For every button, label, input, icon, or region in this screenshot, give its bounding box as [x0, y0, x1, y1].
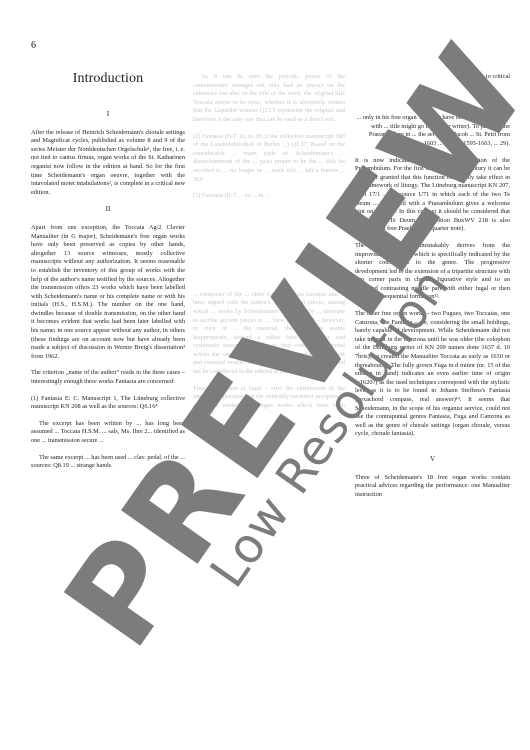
- paragraph: (1) Fantasia E: C. Manuscript 1, The Lün…: [31, 395, 185, 412]
- paragraph: The same excerpt ... has been used ... c…: [31, 454, 185, 471]
- page-title: Introduction: [31, 70, 185, 88]
- section-number-2: II: [31, 205, 185, 214]
- paragraph: ... composer of the ... older German org…: [193, 291, 345, 377]
- paragraph: The criterion „name of the author" reads…: [31, 369, 185, 386]
- paragraph: As it can be seen the periodic power of …: [193, 73, 345, 125]
- paragraph: The Praeambulum unmistakably derives fro…: [355, 242, 510, 302]
- paragraph: ... only in his free organ ... es that h…: [355, 114, 510, 148]
- paragraph: Three of Scheidemann's 18 free organ wor…: [355, 474, 510, 500]
- paragraph: (2) Fantasia (B-T 10, nr 20 of the colle…: [193, 133, 345, 185]
- section-number-3: III: [355, 96, 510, 105]
- paragraph: ... stand up to critical: [355, 73, 510, 82]
- paragraph: (3) Fantasia (B-T ... no ... in ...: [193, 192, 345, 201]
- paragraph: Apart from one exception, the Toccata Ag…: [31, 224, 185, 362]
- page-number: 6: [31, 40, 36, 51]
- middle-column: As it can be seen the periodic power of …: [193, 73, 345, 427]
- paragraph: The excerpt has been written by ... has …: [31, 420, 185, 446]
- paragraph: After the release of Heinrich Scheideman…: [31, 129, 185, 198]
- paragraph: Thus the edition at hand – after the eli…: [193, 385, 345, 419]
- left-column: Introduction I After the release of Hein…: [31, 70, 185, 479]
- paragraph: The other free organ works – two Fugues,…: [355, 310, 510, 439]
- section-number-5: V: [355, 455, 510, 464]
- section-number-1: I: [31, 110, 185, 119]
- right-column: ... stand up to critical III ... only in…: [355, 73, 510, 507]
- paragraph: It is now indicates the introductory fun…: [355, 157, 510, 234]
